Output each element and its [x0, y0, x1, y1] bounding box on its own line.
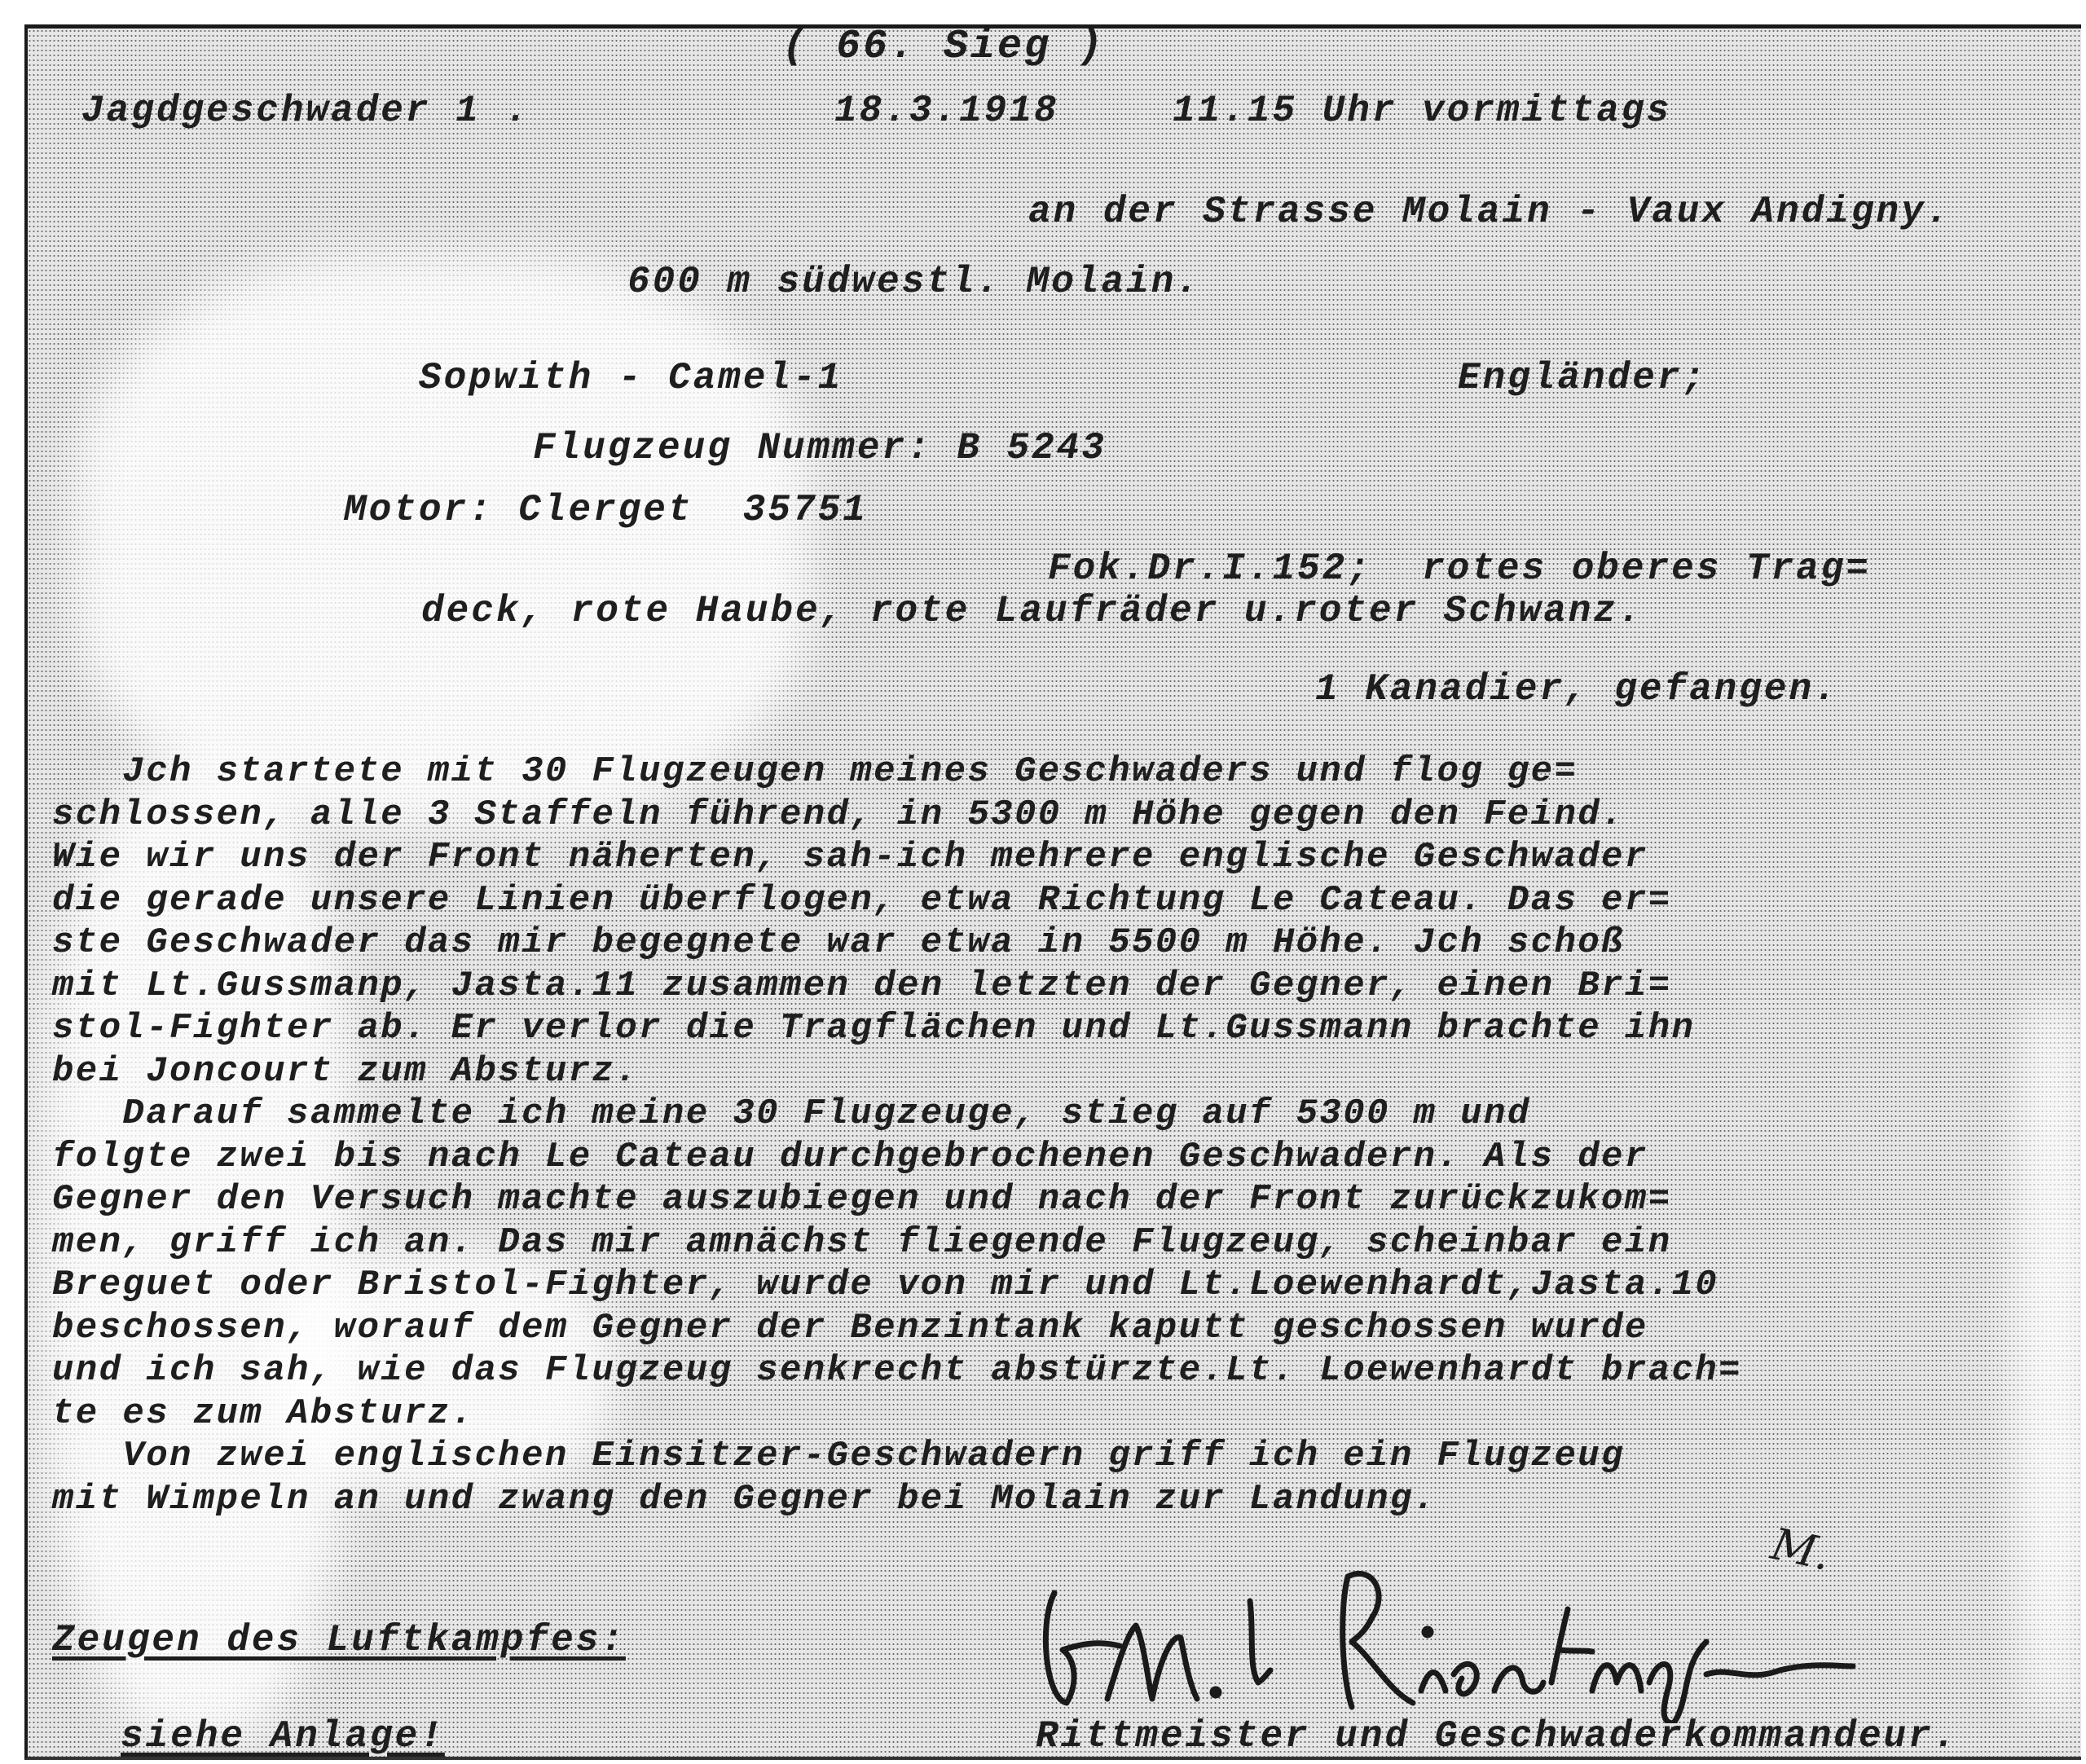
aircraft-number: Flugzeug Nummer: B 5243: [533, 429, 1107, 467]
report-line: bei Joncourt zum Absturz.: [52, 1054, 639, 1089]
engine-number: Motor: Clerget 35751: [344, 491, 868, 529]
report-line: und ich sah, wie das Flugzeug senkrecht …: [52, 1353, 1742, 1388]
report-line: die gerade unsere Linien überflogen, etw…: [52, 882, 1672, 918]
location-road: an der Strasse Molain - Vaux Andigny.: [1028, 193, 1951, 231]
location-position: 600 m südwestl. Molain.: [627, 263, 1201, 301]
scanned-document-page: ( 66. Sieg ) Jagdgeschwader 1 . 18.3.191…: [24, 24, 2081, 1760]
own-aircraft-line-1: Fok.Dr.I.152; rotes oberes Trag=: [1048, 550, 1871, 587]
report-line: schlossen, alle 3 Staffeln führend, in 5…: [52, 797, 1625, 833]
report-line: mit Wimpeln an und zwang den Gegner bei …: [52, 1481, 1437, 1517]
report-line: Von zwei englischen Einsitzer-Geschwader…: [52, 1438, 1625, 1474]
signatory-title: Rittmeister und Geschwaderkommandeur.: [1036, 1718, 1958, 1755]
report-line: ste Geschwader das mir begegnete war etw…: [52, 925, 1625, 961]
report-line: Darauf sammelte ich meine 30 Flugzeuge, …: [52, 1096, 1531, 1132]
witnesses-label: Zeugen des Luftkampfes:: [52, 1621, 626, 1659]
report-line: te es zum Absturz.: [52, 1396, 474, 1432]
crew-status: 1 Kanadier, gefangen.: [1315, 671, 1839, 708]
scan-fade: [77, 257, 810, 827]
report-line: Wie wir uns der Front näherten, sah-ich …: [52, 839, 1648, 875]
report-line: beschossen, worauf dem Gegner der Benzin…: [52, 1310, 1648, 1346]
report-line: Gegner den Versuch machte auszubiegen un…: [52, 1181, 1672, 1217]
witnesses-reference: siehe Anlage!: [121, 1718, 445, 1755]
own-aircraft-line-2: deck, rote Haube, rote Laufräder u.roter…: [421, 592, 1644, 630]
report-line: men, griff ich an. Das mir amnächst flie…: [52, 1225, 1672, 1260]
report-line: stol-Fighter ab. Er verlor die Tragfläch…: [52, 1010, 1695, 1046]
report-line: Breguet oder Bristol-Fighter, wurde von …: [52, 1267, 1719, 1303]
handwritten-signature: [1030, 1560, 2040, 1723]
enemy-aircraft-type: Sopwith - Camel-1: [419, 359, 843, 397]
report-line: Jch startete mit 30 Flugzeugen meines Ge…: [52, 754, 1578, 790]
report-line: mit Lt.Gussmanp, Jasta.11 zusammen den l…: [52, 968, 1672, 1004]
report-line: folgte zwei bis nach Le Cateau durchgebr…: [52, 1139, 1648, 1175]
enemy-nationality: Engländer;: [1458, 359, 1707, 397]
report-time: 11.15 Uhr vormittags: [1173, 92, 1671, 130]
